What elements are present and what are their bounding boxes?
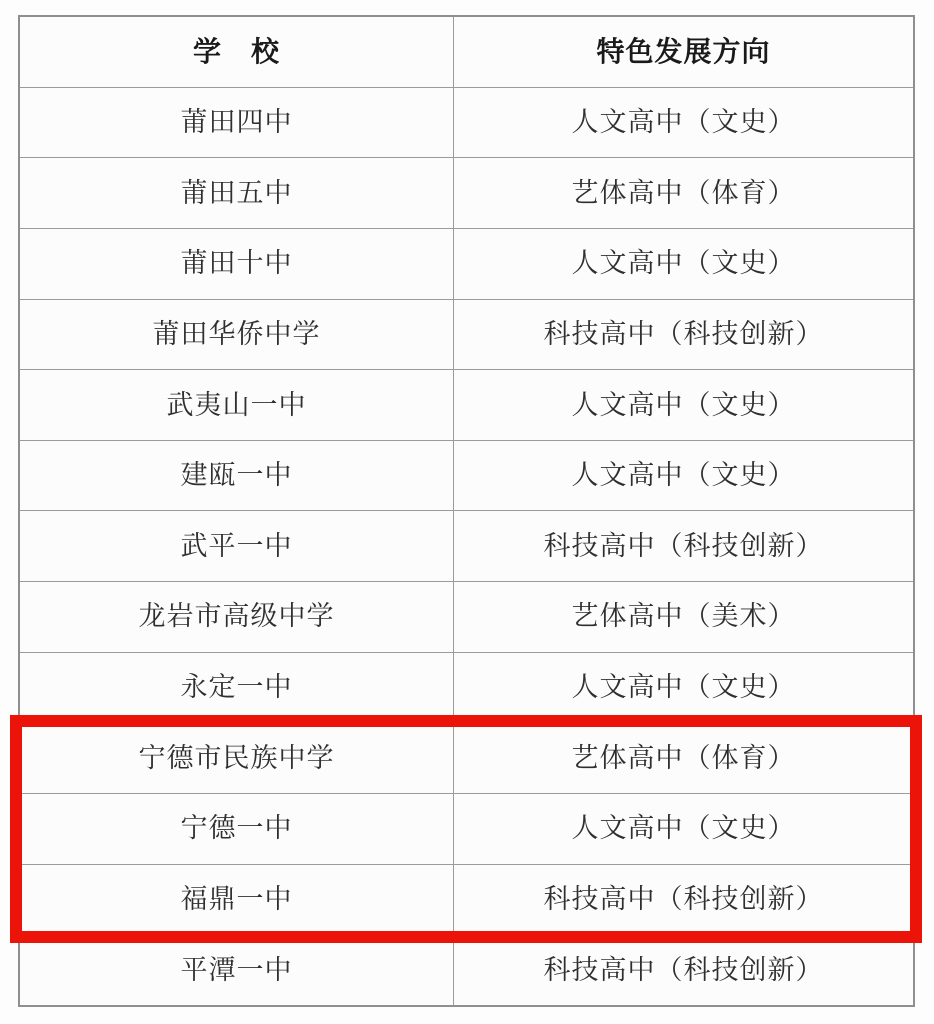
table-row: 龙岩市高级中学 艺体高中（美术）: [20, 582, 913, 653]
school-cell: 福鼎一中: [20, 865, 454, 935]
direction-cell: 艺体高中（体育）: [454, 723, 913, 793]
table-row: 武夷山一中 人文高中（文史）: [20, 370, 913, 441]
school-cell: 莆田华侨中学: [20, 300, 454, 370]
table-row: 武平一中 科技高中（科技创新）: [20, 511, 913, 582]
table-row: 建瓯一中 人文高中（文史）: [20, 441, 913, 512]
table-row: 莆田五中 艺体高中（体育）: [20, 158, 913, 229]
direction-cell: 科技高中（科技创新）: [454, 935, 913, 1005]
direction-cell: 科技高中（科技创新）: [454, 865, 913, 935]
table-row: 莆田四中 人文高中（文史）: [20, 88, 913, 159]
direction-cell: 艺体高中（美术）: [454, 582, 913, 652]
direction-cell: 科技高中（科技创新）: [454, 511, 913, 581]
direction-cell: 艺体高中（体育）: [454, 158, 913, 228]
direction-cell: 人文高中（文史）: [454, 653, 913, 723]
schools-table: 学 校 特色发展方向 莆田四中 人文高中（文史） 莆田五中 艺体高中（体育） 莆…: [18, 15, 915, 1007]
school-cell: 武平一中: [20, 511, 454, 581]
table-row: 平潭一中 科技高中（科技创新）: [20, 935, 913, 1005]
direction-cell: 人文高中（文史）: [454, 229, 913, 299]
direction-cell: 人文高中（文史）: [454, 370, 913, 440]
school-cell: 莆田十中: [20, 229, 454, 299]
direction-cell: 人文高中（文史）: [454, 441, 913, 511]
direction-cell: 人文高中（文史）: [454, 794, 913, 864]
school-cell: 平潭一中: [20, 935, 454, 1005]
page: 学 校 特色发展方向 莆田四中 人文高中（文史） 莆田五中 艺体高中（体育） 莆…: [0, 0, 934, 1024]
table-row-highlighted: 宁德市民族中学 艺体高中（体育）: [20, 723, 913, 794]
column-header-school: 学 校: [20, 17, 454, 87]
table-row: 莆田华侨中学 科技高中（科技创新）: [20, 300, 913, 371]
school-cell: 莆田四中: [20, 88, 454, 158]
table-row-highlighted: 宁德一中 人文高中（文史）: [20, 794, 913, 865]
school-cell: 莆田五中: [20, 158, 454, 228]
direction-cell: 科技高中（科技创新）: [454, 300, 913, 370]
table-row: 永定一中 人文高中（文史）: [20, 653, 913, 724]
column-header-direction: 特色发展方向: [454, 17, 913, 87]
school-cell: 永定一中: [20, 653, 454, 723]
table-row-highlighted: 福鼎一中 科技高中（科技创新）: [20, 865, 913, 936]
school-cell: 武夷山一中: [20, 370, 454, 440]
direction-cell: 人文高中（文史）: [454, 88, 913, 158]
school-cell: 龙岩市高级中学: [20, 582, 454, 652]
school-cell: 建瓯一中: [20, 441, 454, 511]
table-header-row: 学 校 特色发展方向: [20, 17, 913, 88]
school-cell: 宁德市民族中学: [20, 723, 454, 793]
table-row: 莆田十中 人文高中（文史）: [20, 229, 913, 300]
school-cell: 宁德一中: [20, 794, 454, 864]
